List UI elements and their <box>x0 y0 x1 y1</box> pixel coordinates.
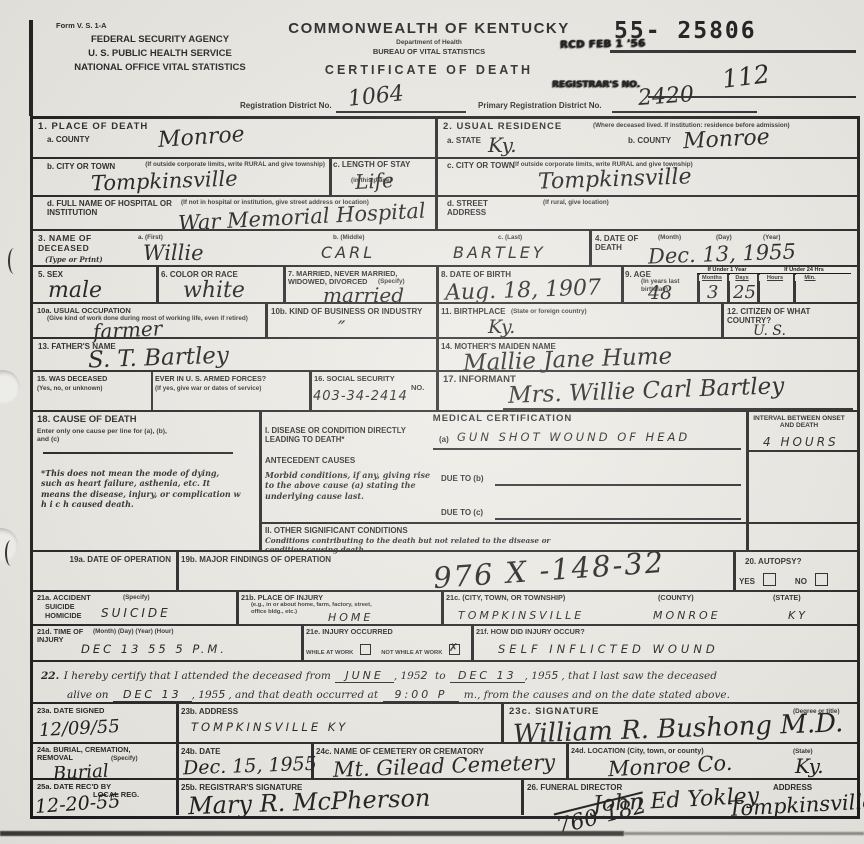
dod-value: Dec. 13, 1955 <box>648 241 797 267</box>
operation-findings-label: 19b. MAJOR FINDINGS OF OPERATION <box>181 555 331 564</box>
injury-occurred-options: WHILE AT WORK NOT WHILE AT WORK ✗ <box>306 641 466 659</box>
ssn-value: 403-34-2414 <box>313 390 408 403</box>
dept-line: Department of Health <box>288 39 570 47</box>
hospital-label: d. FULL NAME OF HOSPITAL OR INSTITUTION <box>47 199 177 217</box>
usual-residence-title: 2. USUAL RESIDENCE <box>443 122 562 133</box>
certify-p1: I hereby certify that I attended the dec… <box>64 670 331 682</box>
fd-address-label: ADDRESS <box>773 783 812 792</box>
due-to-b-label: DUE TO (b) <box>441 474 484 483</box>
registrar-sig-value: Mary R. McPherson <box>188 786 431 818</box>
primary-district-label: Primary Registration District No. <box>478 101 602 110</box>
date-recd-value: 12-20-55 <box>34 792 120 817</box>
months-header: Months <box>699 275 725 281</box>
certify-alive-value: Dec 13 <box>113 688 192 702</box>
injury-time-cols: (Month) (Day) (Year) (Hour) <box>93 628 173 636</box>
manner-label3: HOMICIDE <box>45 612 82 620</box>
certify-p9: m., from the causes and on the date stat… <box>464 689 730 701</box>
place-city-value: Tompkinsville <box>91 168 238 194</box>
commonwealth-title: COMMONWEALTH OF KENTUCKY <box>288 20 570 37</box>
row-service-ssn-informant: 15. WAS DECEASED (Yes, no, or unknown) E… <box>33 370 857 412</box>
name-subtitle: (Type or Print) <box>45 255 103 264</box>
burial-date-value: Dec. 15, 1955 <box>183 755 317 779</box>
certify-time-value: 9:00 P <box>383 688 460 702</box>
burial-type-note: (Specify) <box>111 755 138 763</box>
age-value: 48 <box>648 284 672 303</box>
pen-mark <box>5 540 17 566</box>
race-value: white <box>183 280 245 302</box>
row-burial: 24a. BURIAL, CREMA­TION, REMOVAL (Specif… <box>33 742 857 780</box>
certify-num: 22. <box>41 670 59 682</box>
injury-loc-county-label: (COUNTY) <box>658 594 694 602</box>
cause-note1: Enter only one cause per line for (a), (… <box>37 428 167 445</box>
sex-value: male <box>48 280 102 302</box>
residence-state-label: a. STATE <box>447 136 481 145</box>
name-title: 3. NAME OF DECEASED <box>38 234 118 254</box>
cause-label: 18. CAUSE OF DEATH <box>37 415 137 426</box>
under-24-hrs-header: If Under 24 Hrs <box>757 267 851 274</box>
not-while-at-work-label: NOT WHILE AT WORK <box>381 650 442 656</box>
injury-loc-label: 21c. (CITY, TOWN, OR TOWNSHIP) <box>446 594 565 602</box>
certify-p8: , and that death occurred at <box>228 689 378 701</box>
length-of-stay-value: Life <box>355 170 395 192</box>
certify-p2: , 195 <box>394 670 421 682</box>
cause-note2: *This does not mean the mode of dying, s… <box>41 468 241 510</box>
birthplace-note: (State or foreign country) <box>511 308 587 316</box>
operation-date-label: 19a. DATE OF OPERA­TION <box>37 555 171 564</box>
date-signed-label: 23a. DATE SIGNED <box>37 707 104 716</box>
while-at-work-label: WHILE AT WORK <box>306 650 353 656</box>
agency-block: FEDERAL SECURITY AGENCY U. S. PUBLIC HEA… <box>40 33 280 74</box>
scan-artifact-line <box>0 831 624 836</box>
place-city-label: b. CITY OR TOWN <box>47 162 115 171</box>
citizen-value: U. S. <box>753 324 786 338</box>
injury-loc-city-value: Tompkinsville <box>458 610 584 621</box>
how-injury-label: 21f. HOW DID INJURY OCCUR? <box>476 628 585 636</box>
armed-forces-note2: (If yes, give war or dates of service) <box>155 385 307 393</box>
residence-county-label: b. COUNTY <box>628 136 671 145</box>
agency-line-2: U. S. PUBLIC HEALTH SERVICE <box>40 47 280 61</box>
days-header: Days <box>729 275 755 281</box>
street-address-label: d. STREET ADDRESS <box>447 199 507 217</box>
while-at-work-checkbox <box>360 644 371 655</box>
certify-from-value: June <box>335 669 393 683</box>
title-block: COMMONWEALTH OF KENTUCKY Department of H… <box>288 20 570 77</box>
days-value: 25 <box>733 284 756 302</box>
certificate-title: CERTIFICATE OF DEATH <box>288 63 570 77</box>
row-cause-of-death: 18. CAUSE OF DEATH Enter only one cause … <box>33 410 857 552</box>
antecedent-title: ANTECEDENT CAUSES <box>265 456 355 465</box>
disease-label: I. DISEASE OR CONDITION DIRECTLY LEADING… <box>265 427 437 445</box>
registrar-no-stamp: REGISTRAR'S NO. <box>552 80 640 90</box>
manner-value: Suicide <box>101 607 171 619</box>
row-place-residence: 1. PLACE OF DEATH a. COUNTY Monroe b. CI… <box>33 119 857 229</box>
interval-value: 4 hours <box>763 436 839 448</box>
bureau-line: BUREAU OF VITAL STATISTICS <box>288 48 570 57</box>
injury-loc-state-value: Ky <box>788 610 808 621</box>
place-county-value: Monroe <box>157 124 245 152</box>
autopsy-yes-checkbox <box>763 573 776 586</box>
operation-findings-value: 976 X -148-32 <box>432 548 666 593</box>
row-demographics: 5. SEX male 6. COLOR OR RACE white 7. MA… <box>33 265 857 304</box>
certify-alive-year: 5 <box>218 688 228 701</box>
informant-value: Mrs. Willie Carl Bartley <box>508 375 785 408</box>
autopsy-options: YES NO <box>739 571 828 589</box>
form-table: 1. PLACE OF DEATH a. COUNTY Monroe b. CI… <box>30 116 860 819</box>
residence-state-value: Ky. <box>488 135 517 155</box>
injury-time-value: Dec 13 55 5 P.M. <box>81 644 227 656</box>
armed-forces-note: (Yes, no, or unknown) <box>37 385 149 393</box>
row-registrar: 25a. DATE REC'D BY LOCAL REG. 12-20-55 2… <box>33 778 857 815</box>
name-first-value: Willie <box>143 243 204 264</box>
medical-certification-title: MEDICAL CERTIFICATION <box>259 414 746 425</box>
agency-line-3: NATIONAL OFFICE VITAL STATISTICS <box>40 61 280 75</box>
row-name-dod: 3. NAME OF DECEASED (Type or Print) a. (… <box>33 229 857 267</box>
physician-address-value: Tompkinsville Ky <box>191 722 348 734</box>
cause-a-label: (a) <box>439 435 449 444</box>
pen-mark <box>8 248 20 274</box>
birthplace-value: Ky. <box>488 318 515 337</box>
hours-header: Hours <box>759 275 791 281</box>
under-1-year-header: If Under 1 Year <box>697 267 757 274</box>
autopsy-no-label: NO <box>795 577 807 586</box>
registrar-no-value: 112 <box>721 61 771 92</box>
armed-forces-label2: EVER IN U. S. ARMED FORCES? <box>155 375 307 383</box>
dod-day-label: (Day) <box>716 234 732 242</box>
physician-address-label: 23b. ADDRESS <box>181 707 238 716</box>
injury-place-value: Home <box>328 612 373 623</box>
row-parents: 13. FATHER'S NAME S. T. Bartley 14. MOTH… <box>33 337 857 372</box>
not-while-at-work-checkbox: ✗ <box>449 644 460 655</box>
certify-p6: alive on <box>67 689 109 701</box>
dod-month-label: (Month) <box>658 234 681 242</box>
file-number-line <box>610 50 856 53</box>
cemetery-value: Mt. Gilead Cemetery <box>333 752 556 781</box>
cause-a-value: Gun Shot Wound of Head <box>457 432 690 444</box>
burial-location-value: Monroe Co. <box>608 753 733 780</box>
ssn-label2: NO. <box>411 384 424 393</box>
scan-artifact-line-light <box>624 832 864 835</box>
certify-from-year: 2 <box>421 669 431 682</box>
checkbox-mark: ✗ <box>449 641 458 654</box>
name-middle-value: Carl <box>321 245 375 261</box>
certify-to-value: Dec 13 <box>450 669 525 683</box>
residence-city-value: Tompkinsville <box>538 166 692 193</box>
hole-punch <box>0 370 20 404</box>
row-operation-autopsy: 19a. DATE OF OPERA­TION 19b. MAJOR FINDI… <box>33 550 857 592</box>
antecedent-note: Morbid conditions, if any, giving rise t… <box>265 470 433 501</box>
row-physician: 23a. DATE SIGNED 12/09/55 23b. ADDRESS T… <box>33 702 857 744</box>
how-injury-value: Self Inflicted Wound <box>498 644 719 656</box>
injury-loc-state-label: (STATE) <box>773 594 801 602</box>
certify-p4: , 195 <box>525 670 552 682</box>
birthplace-label: 11. BIRTHPLACE <box>441 307 505 316</box>
residence-city-label: c. CITY OR TOWN <box>447 161 515 170</box>
margin-bar <box>29 20 33 116</box>
certify-p7: , 195 <box>192 689 219 701</box>
street-address-note: (If rural, give location) <box>543 199 609 207</box>
place-county-label: a. COUNTY <box>47 135 90 144</box>
injury-loc-county-value: Monroe <box>653 610 721 621</box>
informant-label: 17. INFORMANT <box>443 375 516 386</box>
burial-location-state-value: Ky. <box>795 756 824 776</box>
autopsy-label: 20. AUTOPSY? <box>745 557 801 566</box>
name-last-value: Bartley <box>453 245 546 261</box>
name-last-label: c. (Last) <box>498 234 522 242</box>
autopsy-yes-label: YES <box>739 577 755 586</box>
due-to-c-label: DUE TO (c) <box>441 508 483 517</box>
reg-district-label: Registration District No. <box>240 101 332 110</box>
certify-p3: to <box>435 670 446 682</box>
date-signed-value: 12/09/55 <box>39 718 121 740</box>
interval-label: INTERVAL BETWEEN ONSET AND DEATH <box>749 415 849 430</box>
injury-occurred-label: 21e. INJURY OCCURRED <box>306 628 393 636</box>
dod-label: 4. DATE OF DEATH <box>595 234 639 252</box>
autopsy-no-checkbox <box>815 573 828 586</box>
business-value: ″ <box>338 318 345 338</box>
business-label: 10b. KIND OF BUSINESS OR IN­DUSTRY <box>271 307 431 316</box>
father-value: S. T. Bartley <box>88 345 230 373</box>
received-date-stamp: RCD FEB 1 '56 <box>560 38 646 50</box>
primary-district-value: 2420 <box>637 84 694 110</box>
certify-to-year: 5 <box>551 669 561 682</box>
residence-county-value: Monroe <box>682 127 770 154</box>
min-header: Min. <box>795 275 825 281</box>
place-of-death-title: 1. PLACE OF DEATH <box>38 122 148 133</box>
death-certificate-scan: Form V. S. 1-A FEDERAL SECURITY AGENCY U… <box>0 0 864 844</box>
months-value: 3 <box>707 284 718 302</box>
row-occupation: 10a. USUAL OCCUPATION (Give kind of work… <box>33 302 857 339</box>
row-injury-location: 21a. ACCIDENT (Specify) SUICIDE HOMICIDE… <box>33 590 857 626</box>
form-number: Form V. S. 1-A <box>56 22 107 31</box>
injury-time-label: 21d. TIME OF INJURY <box>37 628 87 645</box>
reg-district-value: 1064 <box>347 83 405 111</box>
certify-statement: 22. I hereby certify that I attended the… <box>41 666 851 704</box>
manner-note: (Specify) <box>123 594 150 602</box>
name-middle-label: b. (Middle) <box>333 234 364 242</box>
agency-line-1: FEDERAL SECURITY AGENCY <box>40 33 280 47</box>
row-certification: 22. I hereby certify that I attended the… <box>33 660 857 704</box>
row-injury-details: 21d. TIME OF INJURY (Month) (Day) (Year)… <box>33 624 857 662</box>
other-conditions-title: II. OTHER SIGNIFICANT CONDITIONS <box>265 526 408 535</box>
burial-date-label: 24b. DATE <box>181 747 220 756</box>
certify-p5: , that I last saw the deceased <box>561 670 717 682</box>
dob-value: Aug. 18, 1907 <box>445 277 602 304</box>
armed-forces-label: 15. WAS DECEASED <box>37 375 149 383</box>
